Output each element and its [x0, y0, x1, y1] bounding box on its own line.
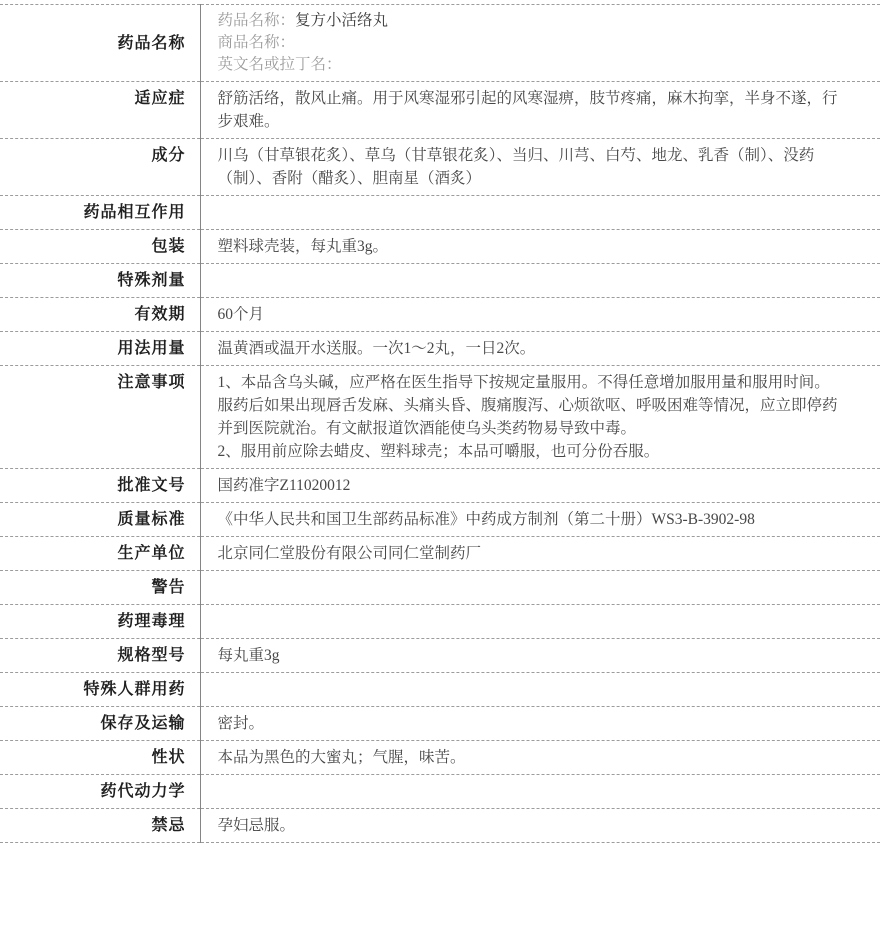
- row-label: 用法用量: [0, 332, 200, 366]
- table-row: 批准文号 国药准字Z11020012: [0, 469, 880, 503]
- row-value: 孕妇忌服。: [200, 809, 880, 843]
- row-value: [200, 775, 880, 809]
- table-row: 用法用量 温黄酒或温开水送服。一次1～2丸，一日2次。: [0, 332, 880, 366]
- table-row: 生产单位 北京同仁堂股份有限公司同仁堂制药厂: [0, 537, 880, 571]
- row-label: 注意事项: [0, 366, 200, 469]
- row-label: 有效期: [0, 298, 200, 332]
- drug-info-table: 药品名称 药品名称：复方小活络丸商品名称：英文名或拉丁名： 适应症 舒筋活络，散…: [0, 4, 880, 843]
- row-label: 药品相互作用: [0, 196, 200, 230]
- row-label: 药代动力学: [0, 775, 200, 809]
- drug-name-line: 商品名称：: [218, 32, 840, 54]
- table-row: 特殊人群用药: [0, 673, 880, 707]
- table-row: 药品名称 药品名称：复方小活络丸商品名称：英文名或拉丁名：: [0, 5, 880, 82]
- row-label: 特殊剂量: [0, 264, 200, 298]
- row-value: 60个月: [200, 298, 880, 332]
- table-row: 适应症 舒筋活络，散风止痛。用于风寒湿邪引起的风寒湿痹，肢节疼痛，麻木拘挛，半身…: [0, 82, 880, 139]
- field-prefix: 英文名或拉丁名：: [218, 56, 342, 73]
- row-value: 每丸重3g: [200, 639, 880, 673]
- row-label: 禁忌: [0, 809, 200, 843]
- row-label: 性状: [0, 741, 200, 775]
- table-row: 警告: [0, 571, 880, 605]
- row-value: 温黄酒或温开水送服。一次1～2丸，一日2次。: [200, 332, 880, 366]
- row-label: 药品名称: [0, 5, 200, 82]
- row-value: 北京同仁堂股份有限公司同仁堂制药厂: [200, 537, 880, 571]
- row-value: [200, 196, 880, 230]
- table-row: 规格型号 每丸重3g: [0, 639, 880, 673]
- drug-name-value: 复方小活络丸: [295, 12, 388, 29]
- row-label: 包装: [0, 230, 200, 264]
- table-row: 特殊剂量: [0, 264, 880, 298]
- table-row: 药品相互作用: [0, 196, 880, 230]
- row-value: 药品名称：复方小活络丸商品名称：英文名或拉丁名：: [200, 5, 880, 82]
- row-value: 塑料球壳装，每丸重3g。: [200, 230, 880, 264]
- row-label: 保存及运输: [0, 707, 200, 741]
- row-label: 规格型号: [0, 639, 200, 673]
- drug-name-line: 英文名或拉丁名：: [218, 54, 840, 76]
- row-value: 国药准字Z11020012: [200, 469, 880, 503]
- row-value: 舒筋活络，散风止痛。用于风寒湿邪引起的风寒湿痹，肢节疼痛，麻木拘挛，半身不遂，行…: [200, 82, 880, 139]
- row-value: [200, 673, 880, 707]
- row-value: 1、本品含乌头碱，应严格在医生指导下按规定量服用。不得任意增加服用量和服用时间。…: [200, 366, 880, 469]
- table-row: 质量标准 《中华人民共和国卫生部药品标准》中药成方制剂（第二十册）WS3-B-3…: [0, 503, 880, 537]
- table-row: 禁忌 孕妇忌服。: [0, 809, 880, 843]
- row-label: 药理毒理: [0, 605, 200, 639]
- table-row: 成分 川乌（甘草银花炙）、草乌（甘草银花炙）、当归、川芎、白芍、地龙、乳香（制）…: [0, 139, 880, 196]
- row-label: 生产单位: [0, 537, 200, 571]
- row-value: [200, 571, 880, 605]
- row-value: [200, 264, 880, 298]
- row-value: 川乌（甘草银花炙）、草乌（甘草银花炙）、当归、川芎、白芍、地龙、乳香（制）、没药…: [200, 139, 880, 196]
- row-value: 本品为黑色的大蜜丸；气腥，味苦。: [200, 741, 880, 775]
- table-row: 保存及运输 密封。: [0, 707, 880, 741]
- table-row: 包装 塑料球壳装，每丸重3g。: [0, 230, 880, 264]
- drug-info-table-body: 药品名称 药品名称：复方小活络丸商品名称：英文名或拉丁名： 适应症 舒筋活络，散…: [0, 5, 880, 843]
- row-label: 质量标准: [0, 503, 200, 537]
- field-prefix: 商品名称：: [218, 34, 296, 51]
- table-row: 药代动力学: [0, 775, 880, 809]
- row-label: 成分: [0, 139, 200, 196]
- row-label: 适应症: [0, 82, 200, 139]
- table-row: 性状 本品为黑色的大蜜丸；气腥，味苦。: [0, 741, 880, 775]
- field-prefix: 药品名称：: [218, 12, 296, 29]
- table-row: 药理毒理: [0, 605, 880, 639]
- table-row: 有效期 60个月: [0, 298, 880, 332]
- row-label: 警告: [0, 571, 200, 605]
- row-value: 密封。: [200, 707, 880, 741]
- row-label: 特殊人群用药: [0, 673, 200, 707]
- row-value: [200, 605, 880, 639]
- row-value: 《中华人民共和国卫生部药品标准》中药成方制剂（第二十册）WS3-B-3902-9…: [200, 503, 880, 537]
- row-label: 批准文号: [0, 469, 200, 503]
- table-row: 注意事项 1、本品含乌头碱，应严格在医生指导下按规定量服用。不得任意增加服用量和…: [0, 366, 880, 469]
- drug-name-line: 药品名称：复方小活络丸: [218, 10, 840, 32]
